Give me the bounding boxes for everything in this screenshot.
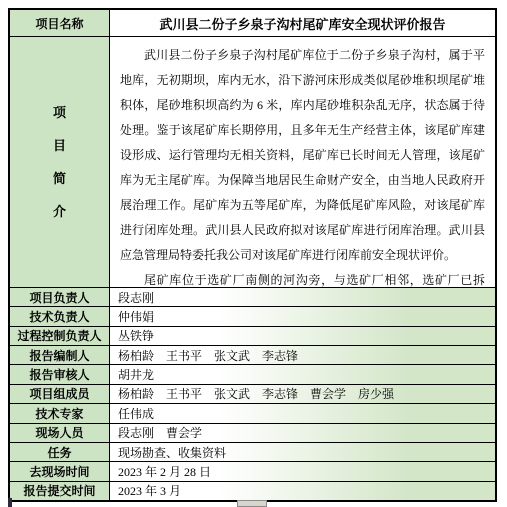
process-control-leader-label[interactable]: 过程控制负责人 (10, 327, 110, 345)
task-value[interactable]: 现场勘查、收集资料 (110, 443, 495, 461)
report-reviewer-label[interactable]: 报告审核人 (10, 365, 110, 383)
report-writers-value[interactable]: 杨柏龄 王书平 张文武 李志锋 (110, 346, 495, 364)
project-intro-label[interactable]: 项 目 简 介 (10, 37, 110, 287)
table-row: 报告审核人 胡井龙 (10, 364, 495, 383)
project-leader-value[interactable]: 段志刚 (110, 288, 495, 306)
table-row: 任务 现场勘查、收集资料 (10, 442, 495, 461)
project-name-value[interactable]: 武川县二份子乡泉子沟村尾矿库安全现状评价报告 (110, 10, 495, 36)
project-team-value[interactable]: 杨柏龄 王书平 张文武 李志锋 曹会学 房少强 (110, 385, 495, 403)
task-label[interactable]: 任务 (10, 443, 110, 461)
report-submit-date-label[interactable]: 报告提交时间 (10, 482, 110, 500)
table-row: 现场人员 段志刚 曹会学 (10, 423, 495, 442)
report-reviewer-value[interactable]: 胡井龙 (110, 365, 495, 383)
table-row: 报告编制人 杨柏龄 王书平 张文武 李志锋 (10, 345, 495, 364)
project-intro-value[interactable]: 武川县二份子乡泉子沟村尾矿库位于二份子乡泉子沟村，属于平地库，无初期坝，库内无水… (110, 37, 495, 287)
page-margin-marker (8, 498, 12, 507)
project-info-table: 项目名称 武川县二份子乡泉子沟村尾矿库安全现状评价报告 项 目 简 介 武川县二… (8, 8, 497, 502)
table-row: 报告提交时间 2023 年 3 月 (10, 481, 495, 500)
table-row: 技术专家 任伟成 (10, 403, 495, 422)
report-writers-label[interactable]: 报告编制人 (10, 346, 110, 364)
table-row: 项 目 简 介 武川县二份子乡泉子沟村尾矿库位于二份子乡泉子沟村，属于平地库，无… (10, 36, 495, 287)
table-row: 过程控制负责人 丛铁铮 (10, 326, 495, 345)
scrollbar-thumb[interactable] (237, 500, 267, 507)
intro-paragraph-1[interactable]: 武川县二份子乡泉子沟村尾矿库位于二份子乡泉子沟村，属于平地库，无初期坝，库内无水… (120, 43, 485, 268)
technical-leader-value[interactable]: 仲伟娟 (110, 307, 495, 325)
site-visit-date-label[interactable]: 去现场时间 (10, 462, 110, 480)
intro-paragraph-2[interactable]: 尾矿库位于选矿厂南侧的河沟旁，与选矿厂相邻，选矿厂已拆除，现存废旧厂房及部分设施… (120, 268, 485, 287)
table-row: 技术负责人 仲伟娟 (10, 306, 495, 325)
process-control-leader-value[interactable]: 丛铁铮 (110, 327, 495, 345)
site-personnel-label[interactable]: 现场人员 (10, 424, 110, 442)
table-row: 项目负责人 段志刚 (10, 287, 495, 306)
site-personnel-value[interactable]: 段志刚 曹会学 (110, 424, 495, 442)
technical-expert-value[interactable]: 任伟成 (110, 404, 495, 422)
project-team-label[interactable]: 项目组成员 (10, 385, 110, 403)
project-leader-label[interactable]: 项目负责人 (10, 288, 110, 306)
technical-leader-label[interactable]: 技术负责人 (10, 307, 110, 325)
report-submit-date-value[interactable]: 2023 年 3 月 (110, 482, 495, 500)
project-name-label[interactable]: 项目名称 (10, 10, 110, 36)
table-row: 项目组成员 杨柏龄 王书平 张文武 李志锋 曹会学 房少强 (10, 384, 495, 403)
site-visit-date-value[interactable]: 2023 年 2 月 28 日 (110, 462, 495, 480)
table-row: 项目名称 武川县二份子乡泉子沟村尾矿库安全现状评价报告 (10, 10, 495, 36)
technical-expert-label[interactable]: 技术专家 (10, 404, 110, 422)
table-row: 去现场时间 2023 年 2 月 28 日 (10, 461, 495, 480)
